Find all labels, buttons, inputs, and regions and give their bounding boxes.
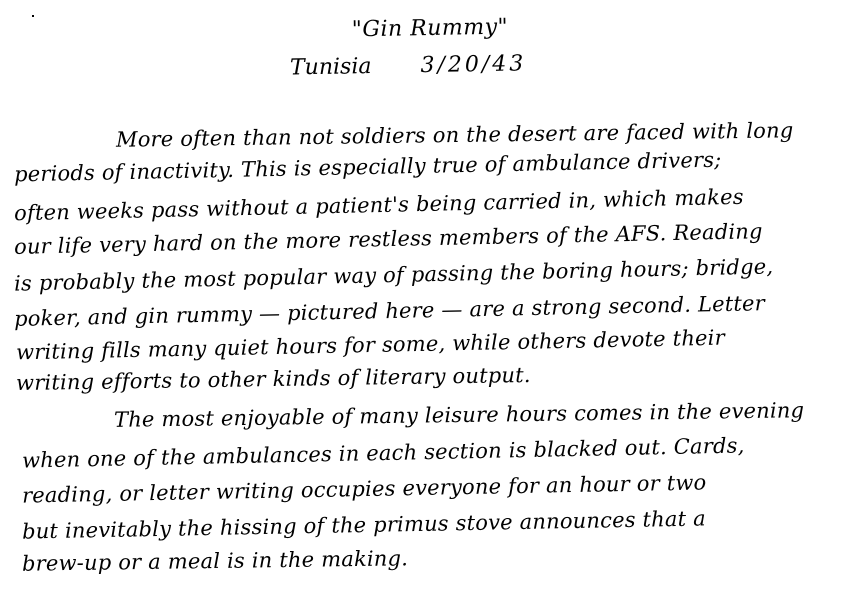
handwritten-page: "Gin Rummy" Tunisia 3/20/43 More often t… [0,0,864,598]
document-title: "Gin Rummy" [300,14,560,45]
paragraph-2-line-3: reading, or letter writing occupies ever… [22,467,707,510]
paragraph-2-line-5: brew-up or a meal is in the making. [22,543,408,578]
ink-speck [32,15,34,17]
date-label: 3/20/43 [420,50,526,80]
place-date-heading: Tunisia 3/20/43 [290,50,570,83]
paragraph-2-line-4: but inevitably the hissing of the primus… [22,503,706,546]
paragraph-2-line-1: The most enjoyable of many leisure hours… [114,395,805,435]
place-label: Tunisia [290,53,372,82]
